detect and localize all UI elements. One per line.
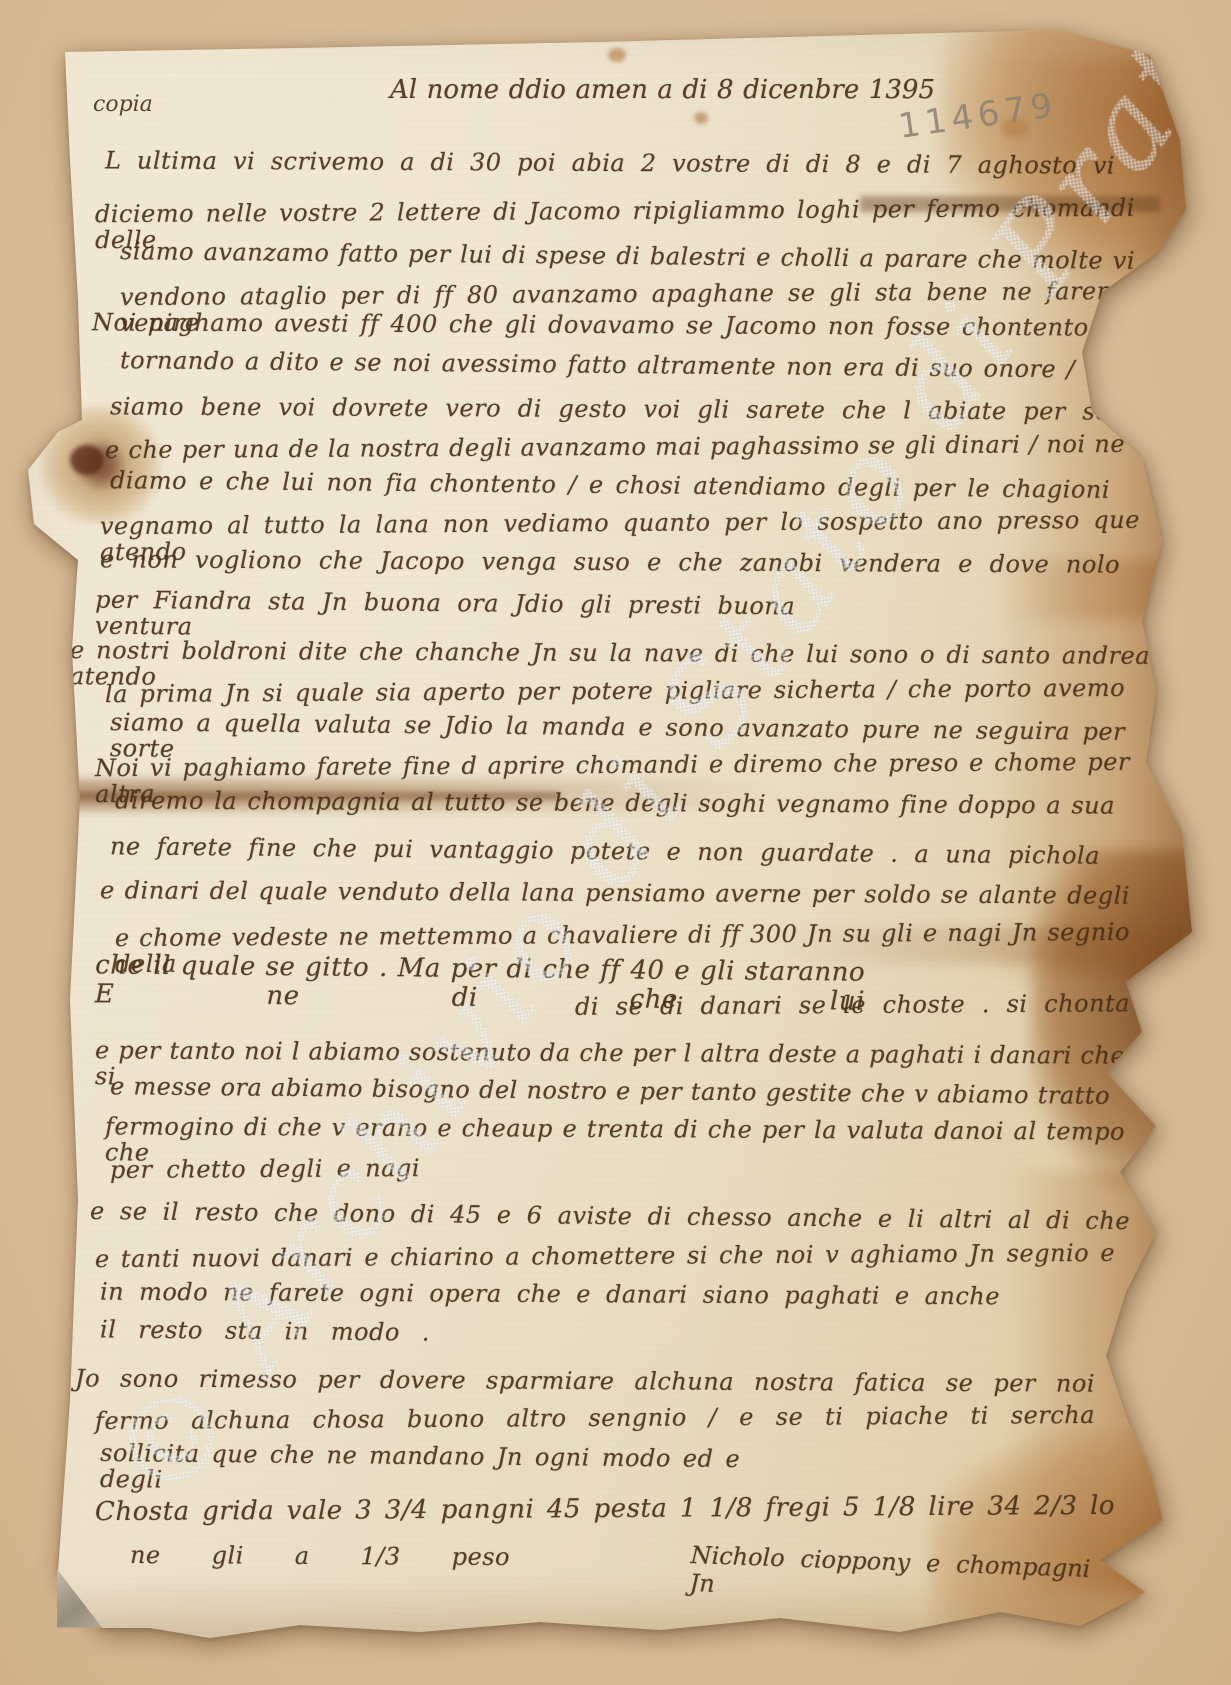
handwritten-line: e non vogliono che Jacopo venga suso e c…: [100, 546, 1120, 578]
handwritten-line: e tanti nuovi danari e chiarino a chomet…: [95, 1240, 1115, 1273]
handwritten-line: ne farete fine che pui vantaggio potete …: [110, 833, 1100, 869]
handwritten-line: fermo alchuna chosa buono altro sengnio …: [95, 1402, 1095, 1434]
handwritten-line: ne gli a 1/3 peso: [130, 1542, 510, 1570]
handwritten-line: tornando a dito e se noi avessimo fatto …: [120, 347, 1130, 383]
handwritten-line: L ultima vi scrivemo a di 30 poi abia 2 …: [105, 147, 1115, 179]
handwritten-line: Jo sono rimesso per dovere sparmiare alc…: [75, 1365, 1095, 1397]
header-invocation-date: Al nome ddio amen a di 8 dicenbre 1395: [390, 75, 935, 105]
handwritten-line: e che per una de la nostra degli avanzam…: [105, 431, 1125, 464]
paper-shadow: copia Al nome ddio amen a di 8 dicenbre …: [0, 0, 1231, 1685]
handwritten-line: sollicita que che ne mandano Jn ogni mod…: [100, 1440, 740, 1499]
handwriting-layer: copia Al nome ddio amen a di 8 dicenbre …: [0, 0, 1231, 1685]
handwritten-line: diamo e che lui non fia chontento / e ch…: [110, 467, 1110, 503]
handwritten-line: Chosta grida vale 3 3/4 pangni 45 pesta …: [95, 1492, 1115, 1527]
copia-note: copia: [93, 92, 153, 117]
handwritten-line: di se di danari se le choste . si chonta: [575, 990, 1130, 1020]
handwritten-line: per chetto degli e nagi: [110, 1155, 420, 1183]
handwritten-line: la prima Jn si quale sia aperto per pote…: [105, 675, 1125, 708]
handwritten-line: in modo ne farete ogni opera che e danar…: [100, 1279, 1000, 1310]
handwritten-line: e se il resto che dono di 45 e 6 aviste …: [90, 1198, 1130, 1234]
handwritten-line: diremo la chompagnia al tutto se bene de…: [115, 787, 1115, 819]
handwritten-line: siamo bene voi dovrete vero di gesto voi…: [110, 393, 1110, 425]
handwritten-line: il resto sta in modo .: [100, 1316, 430, 1346]
signature-line: Nicholo cioppony e chompagni Jn: [689, 1541, 1091, 1611]
manuscript-scan: copia Al nome ddio amen a di 8 dicenbre …: [0, 0, 1231, 1685]
handwritten-line: e dinari del quale venduto della lana pe…: [100, 877, 1130, 909]
manuscript-paper: copia Al nome ddio amen a di 8 dicenbre …: [0, 0, 1231, 1685]
handwritten-line: Noi paghamo avesti ff 400 che gli dovava…: [92, 309, 1137, 341]
red-spot: [50, 1124, 74, 1148]
